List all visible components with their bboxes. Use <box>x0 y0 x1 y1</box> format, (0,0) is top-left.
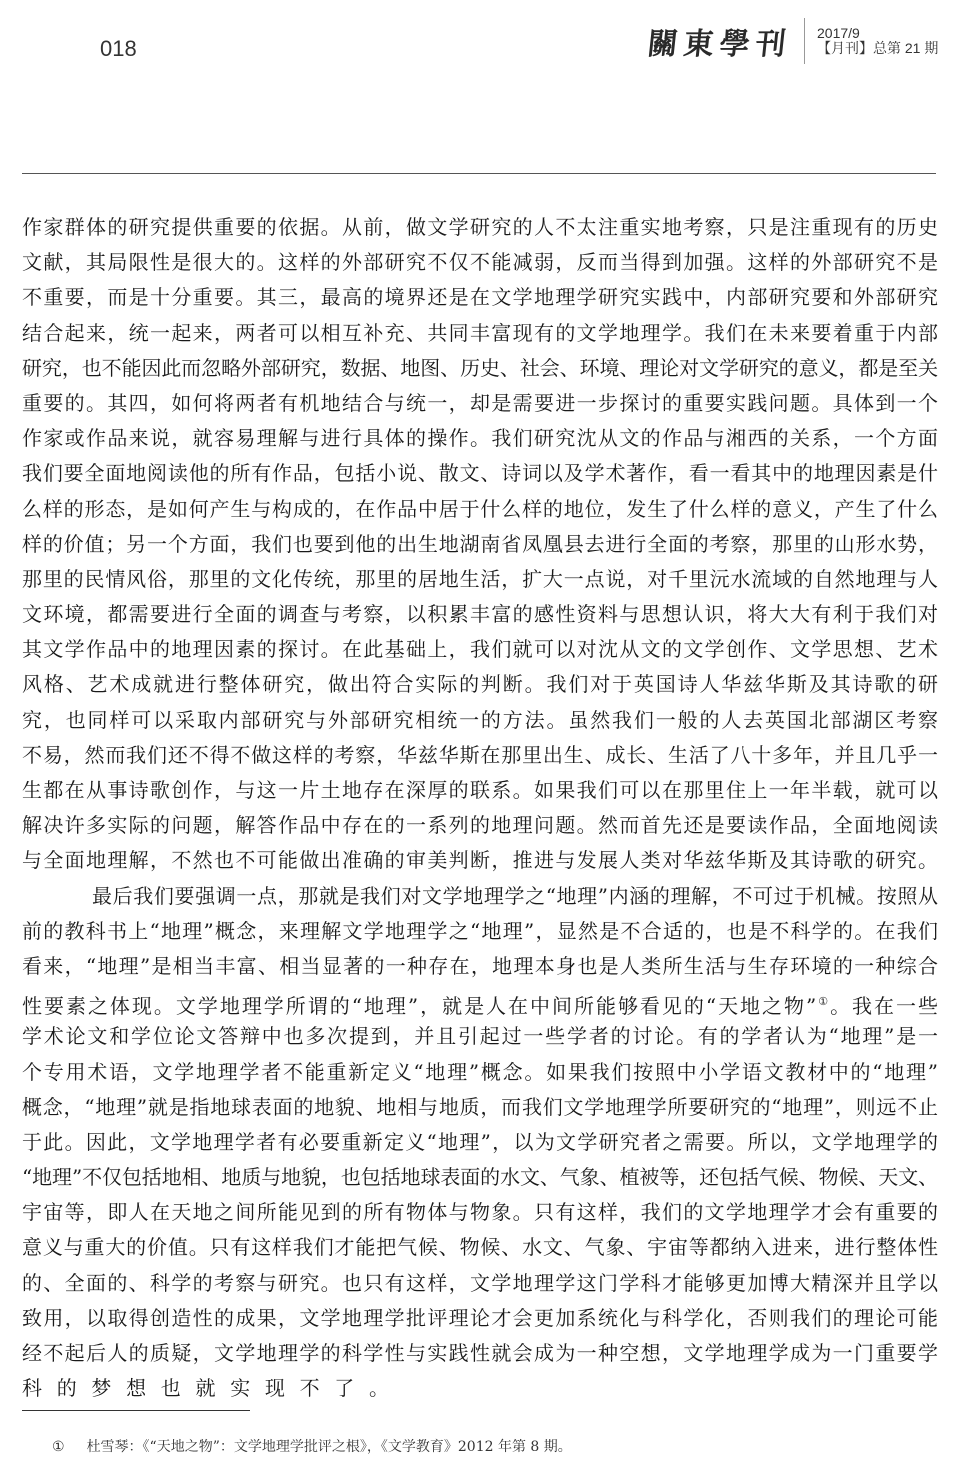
text-line: 么样的形态，是如何产生与构成的，在作品中居于什么样的地位，发生了什么样的意义，产… <box>22 492 938 527</box>
text-line-content: 作家群体的研究提供重要的依据。从前，做文学研究的人不太注重实地考察，只是注重现有… <box>22 215 938 239</box>
text-line-content: 科的梦想也就实现不了。 <box>22 1376 404 1400</box>
masthead: 關東學刊 2017/9 【月刊】总第 21 期 <box>648 18 938 64</box>
text-line-content: 于此。因此，文学地理学者有必要重新定义“地理”，以为文学研究者之需要。所以，文学… <box>22 1130 938 1154</box>
text-line-content: 结合起来，统一起来，两者可以相互补充、共同丰富现有的文学地理学。我们在未来要着重… <box>22 321 938 345</box>
text-line-content: 。我在一些 <box>830 994 938 1018</box>
header-rule <box>22 173 936 174</box>
text-line: 解决许多实际的问题，解答作品中存在的一系列的地理问题。然而首先还是要读作品，全面… <box>22 808 938 843</box>
text-line-content: 解决许多实际的问题，解答作品中存在的一系列的地理问题。然而首先还是要读作品，全面… <box>22 813 938 837</box>
text-line: 作家群体的研究提供重要的依据。从前，做文学研究的人不太注重实地考察，只是注重现有… <box>22 210 938 245</box>
text-line: 致用，以取得创造性的成果，文学地理学批评理论才会更加系统化与科学化，否则我们的理… <box>22 1301 938 1336</box>
text-line: 与全面地理解，不然也不可能做出准确的审美判断，推进与发展人类对华兹华斯及其诗歌的… <box>22 843 938 878</box>
text-line: 风格、艺术成就进行整体研究，做出符合实际的判断。我们对于英国诗人华兹华斯及其诗歌… <box>22 667 938 702</box>
text-line-content: “地理”不仅包括地相、地质与地貌，也包括地球表面的水文、气象、植被等，还包括气候… <box>22 1165 938 1189</box>
text-line: 样的价值；另一个方面，我们也要到他的出生地湖南省凤凰县去进行全面的考察，那里的山… <box>22 527 938 562</box>
text-line-content: 致用，以取得创造性的成果，文学地理学批评理论才会更加系统化与科学化，否则我们的理… <box>22 1306 938 1330</box>
text-line-content: 前的教科书上“地理”概念，来理解文学地理学之“地理”，显然是不合适的，也是不科学… <box>22 919 938 943</box>
text-line-content: 么样的形态，是如何产生与构成的，在作品中居于什么样的地位，发生了什么样的意义，产… <box>22 497 938 521</box>
text-line-content: 性要素之体现。文学地理学所谓的“地理”，就是人在中间所能够看见的“天地之物” <box>22 994 816 1018</box>
text-line: 前的教科书上“地理”概念，来理解文学地理学之“地理”，显然是不合适的，也是不科学… <box>22 914 938 949</box>
text-line-content: 研究，也不能因此而忽略外部研究，数据、地图、历史、社会、环境、理论对文学研究的意… <box>22 356 938 380</box>
footnote-marker: ① <box>52 1439 65 1455</box>
issue-label: 【月刊】总第 21 期 <box>817 41 938 56</box>
journal-name-logo: 關東學刊 <box>646 19 795 63</box>
text-line-content: 我们要全面地阅读他的所有作品，包括小说、散文、诗词以及学术著作，看一看其中的地理… <box>22 461 938 485</box>
masthead-divider <box>804 18 805 64</box>
text-line-content: 重要的。其四，如何将两者有机地结合与统一，却是需要进一步探讨的重要实践问题。具体… <box>22 391 938 415</box>
text-line: 文环境，都需要进行全面的调查与考察，以积累丰富的感性资料与思想认识，将大大有利于… <box>22 597 938 632</box>
text-line-content: 那里的民情风俗，那里的文化传统，那里的居地生活，扩大一点说，对千里沅水流域的自然… <box>22 567 938 591</box>
text-line: 文献，其局限性是很大的。这样的外部研究不仅不能减弱，反而当得到加强。这样的外部研… <box>22 245 938 280</box>
text-line-content: 最后我们要强调一点，那就是我们对文学地理学之“地理”内涵的理解，不可过于机械。按… <box>92 884 938 908</box>
text-line-content: 意义与重大的价值。只有这样我们才能把气候、物候、水文、气象、宇宙等都纳入进来，进… <box>22 1235 938 1259</box>
text-line-content: 个专用术语，文学地理学者不能重新定义“地理”概念。如果我们按照中小学语文教材中的… <box>22 1060 938 1084</box>
text-line-content: 与全面地理解，不然也不可能做出准确的审美判断，推进与发展人类对华兹华斯及其诗歌的… <box>22 848 938 872</box>
text-line-content: 文环境，都需要进行全面的调查与考察，以积累丰富的感性资料与思想认识，将大大有利于… <box>22 602 938 626</box>
text-line: 的、全面的、科学的考察与研究。也只有这样，文学地理学这门学科才能够更加博大精深并… <box>22 1266 938 1301</box>
text-line: 究，也同样可以采取内部研究与外部研究相统一的方法。虽然我们一般的人去英国北部湖区… <box>22 703 938 738</box>
issue-info: 2017/9 【月刊】总第 21 期 <box>817 26 938 56</box>
text-line-content: 生都在从事诗歌创作，与这一片土地存在深厚的联系。如果我们可以在那里住上一年半载，… <box>22 778 938 802</box>
article-body: 作家群体的研究提供重要的依据。从前，做文学研究的人不太注重实地考察，只是注重现有… <box>22 210 938 1406</box>
text-line: 研究，也不能因此而忽略外部研究，数据、地图、历史、社会、环境、理论对文学研究的意… <box>22 351 938 386</box>
text-line-content: 看来，“地理”是相当丰富、相当显著的一种存在，地理本身也是人类所生活与生存环境的… <box>22 954 938 978</box>
text-line: 不易，然而我们还不得不做这样的考察，华兹华斯在那里出生、成长、生活了八十多年，并… <box>22 738 938 773</box>
text-line: 概念，“地理”就是指地球表面的地貌、地相与地质，而我们文学地理学所要研究的“地理… <box>22 1090 938 1125</box>
text-line: 我们要全面地阅读他的所有作品，包括小说、散文、诗词以及学术著作，看一看其中的地理… <box>22 456 938 491</box>
text-line: 于此。因此，文学地理学者有必要重新定义“地理”，以为文学研究者之需要。所以，文学… <box>22 1125 938 1160</box>
text-line-content: 究，也同样可以采取内部研究与外部研究相统一的方法。虽然我们一般的人去英国北部湖区… <box>22 708 938 732</box>
text-line: 结合起来，统一起来，两者可以相互补充、共同丰富现有的文学地理学。我们在未来要着重… <box>22 316 938 351</box>
footnote-reference[interactable]: ① <box>816 995 830 1008</box>
text-line: 科的梦想也就实现不了。 <box>22 1371 938 1406</box>
text-line-content: 作家或作品来说，就容易理解与进行具体的操作。我们研究沈从文的作品与湘西的关系，一… <box>22 426 938 450</box>
text-line: 其文学作品中的地理因素的探讨。在此基础上，我们就可以对沈从文的文学创作、文学思想… <box>22 632 938 667</box>
text-line: 意义与重大的价值。只有这样我们才能把气候、物候、水文、气象、宇宙等都纳入进来，进… <box>22 1230 938 1265</box>
footnote-text: 杜雪琴：《“天地之物”：文学地理学批评之根》，《文学教育》2012 年第 8 期… <box>87 1439 572 1455</box>
text-line: 生都在从事诗歌创作，与这一片土地存在深厚的联系。如果我们可以在那里住上一年半载，… <box>22 773 938 808</box>
text-line: 个专用术语，文学地理学者不能重新定义“地理”概念。如果我们按照中小学语文教材中的… <box>22 1055 938 1090</box>
text-line: 看来，“地理”是相当丰富、相当显著的一种存在，地理本身也是人类所生活与生存环境的… <box>22 949 938 984</box>
page-number: 018 <box>100 36 137 62</box>
text-line-content: 样的价值；另一个方面，我们也要到他的出生地湖南省凤凰县去进行全面的考察，那里的山… <box>22 532 938 556</box>
text-line: 经不起后人的质疑，文学地理学的科学性与实践性就会成为一种空想，文学地理学成为一门… <box>22 1336 938 1371</box>
text-line: 最后我们要强调一点，那就是我们对文学地理学之“地理”内涵的理解，不可过于机械。按… <box>22 879 938 914</box>
text-line-content: 的、全面的、科学的考察与研究。也只有这样，文学地理学这门学科才能够更加博大精深并… <box>22 1271 938 1295</box>
text-line-content: 文献，其局限性是很大的。这样的外部研究不仅不能减弱，反而当得到加强。这样的外部研… <box>22 250 938 274</box>
text-line: 宇宙等，即人在天地之间所能见到的所有物体与物象。只有这样，我们的文学地理学才会有… <box>22 1195 938 1230</box>
text-line: 学术论文和学位论文答辩中也多次提到，并且引起过一些学者的讨论。有的学者认为“地理… <box>22 1019 938 1054</box>
text-line: 不重要，而是十分重要。其三，最高的境界还是在文学地理学研究实践中，内部研究要和外… <box>22 280 938 315</box>
text-line: “地理”不仅包括地相、地质与地貌，也包括地球表面的水文、气象、植被等，还包括气候… <box>22 1160 938 1195</box>
footnote: ①杜雪琴：《“天地之物”：文学地理学批评之根》，《文学教育》2012 年第 8 … <box>52 1436 572 1456</box>
text-line: 那里的民情风俗，那里的文化传统，那里的居地生活，扩大一点说，对千里沅水流域的自然… <box>22 562 938 597</box>
text-line-content: 经不起后人的质疑，文学地理学的科学性与实践性就会成为一种空想，文学地理学成为一门… <box>22 1341 938 1365</box>
issue-date: 2017/9 <box>817 26 938 41</box>
text-line: 作家或作品来说，就容易理解与进行具体的操作。我们研究沈从文的作品与湘西的关系，一… <box>22 421 938 456</box>
footnote-rule <box>22 1410 250 1411</box>
text-line: 性要素之体现。文学地理学所谓的“地理”，就是人在中间所能够看见的“天地之物”①。… <box>22 984 938 1019</box>
text-line-content: 概念，“地理”就是指地球表面的地貌、地相与地质，而我们文学地理学所要研究的“地理… <box>22 1095 938 1119</box>
text-line-content: 风格、艺术成就进行整体研究，做出符合实际的判断。我们对于英国诗人华兹华斯及其诗歌… <box>22 672 938 696</box>
text-line-content: 不重要，而是十分重要。其三，最高的境界还是在文学地理学研究实践中，内部研究要和外… <box>22 285 938 309</box>
text-line-content: 其文学作品中的地理因素的探讨。在此基础上，我们就可以对沈从文的文学创作、文学思想… <box>22 637 938 661</box>
text-line-content: 学术论文和学位论文答辩中也多次提到，并且引起过一些学者的讨论。有的学者认为“地理… <box>22 1024 938 1048</box>
text-line: 重要的。其四，如何将两者有机地结合与统一，却是需要进一步探讨的重要实践问题。具体… <box>22 386 938 421</box>
text-line-content: 不易，然而我们还不得不做这样的考察，华兹华斯在那里出生、成长、生活了八十多年，并… <box>22 743 938 767</box>
text-line-content: 宇宙等，即人在天地之间所能见到的所有物体与物象。只有这样，我们的文学地理学才会有… <box>22 1200 938 1224</box>
